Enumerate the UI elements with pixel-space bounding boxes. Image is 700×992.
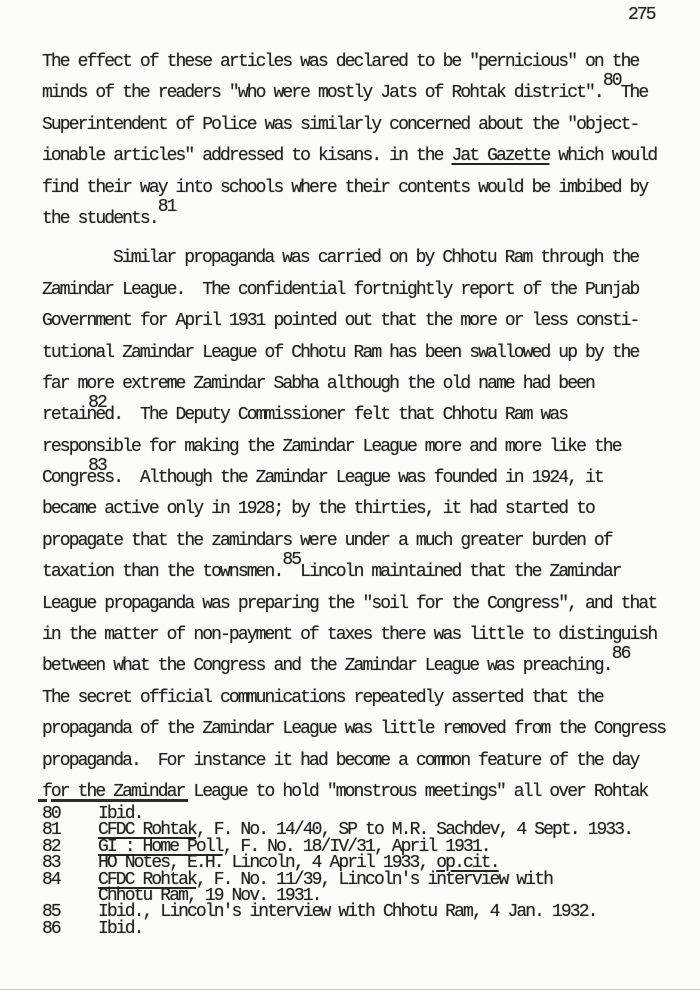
scan-edge-artifact	[0, 989, 700, 990]
text-run: the students.	[42, 209, 158, 229]
text-run: Government for April 1931 pointed out th…	[42, 311, 638, 331]
text-run: retained.	[42, 405, 122, 425]
text-run: far more extreme Zamindar Sabha although…	[42, 374, 594, 394]
text-run: propaganda of the Zamindar League was li…	[42, 719, 665, 739]
footnote-text: Ibid.	[98, 919, 143, 939]
text-run: Ibid., Lincoln's interview with Chhotu R…	[98, 902, 597, 922]
body-line: Congress.83 Although the Zamindar League…	[42, 463, 690, 494]
body-line: responsible for making the Zamindar Leag…	[42, 432, 690, 463]
text-run: League propaganda was preparing the "soi…	[42, 594, 656, 614]
body-line: Government for April 1931 pointed out th…	[42, 306, 690, 337]
text-run: ionable articles" addressed to kisans. i…	[42, 146, 451, 166]
text-run: between what the Congress and the Zamind…	[42, 656, 612, 676]
underlined-text: Jat Gazette	[451, 146, 549, 166]
text-run: in the matter of non-payment of taxes th…	[42, 625, 656, 645]
footnote-row: 86Ibid.	[42, 921, 690, 937]
body-line: retained.82 The Deputy Commissioner felt…	[42, 400, 690, 431]
paragraph: Similar propaganda was carried on by Chh…	[42, 243, 690, 808]
text-run: responsible for making the Zamindar Leag…	[42, 437, 621, 457]
text-run: find their way into schools where their …	[42, 178, 647, 198]
body-line: propagate that the zamindars were under …	[42, 526, 690, 557]
text-run: The effect of these articles was declare…	[42, 52, 638, 72]
body-line: League propaganda was preparing the "soi…	[42, 589, 690, 620]
text-run: propaganda. For instance it had become a…	[42, 751, 638, 771]
paragraph: The effect of these articles was declare…	[42, 47, 690, 235]
footnote-number: 84	[42, 872, 98, 888]
body-line: propaganda. For instance it had become a…	[42, 746, 690, 777]
body-line: ionable articles" addressed to kisans. i…	[42, 141, 690, 172]
body-line: taxation than the townsmen.85 Lincoln ma…	[42, 557, 690, 588]
body-line: The secret official communications repea…	[42, 683, 690, 714]
text-run: Similar propaganda was carried on by Chh…	[113, 248, 638, 268]
body-line: Zamindar League. The confidential fortni…	[42, 275, 690, 306]
body-text: The effect of these articles was declare…	[42, 47, 690, 808]
text-run: Zamindar League. The confidential fortni…	[42, 280, 638, 300]
text-run: Although the Zamindar League was founded…	[122, 468, 603, 488]
body-line: in the matter of non-payment of taxes th…	[42, 620, 690, 651]
text-run: The Deputy Commissioner felt that Chhotu…	[122, 405, 567, 425]
footnote-separator-rule	[38, 799, 188, 802]
body-line: Superintendent of Police was similarly c…	[42, 110, 690, 141]
text-run: The secret official communications repea…	[42, 688, 603, 708]
text-run: taxation than the townsmen.	[42, 562, 282, 582]
footnote-number: 86	[42, 921, 98, 937]
body-line: Similar propaganda was carried on by Chh…	[42, 243, 690, 274]
text-run: minds of the readers "who were mostly Ja…	[42, 83, 603, 103]
text-run: Lincoln maintained that the Zamindar	[282, 562, 620, 582]
text-run: Ibid.	[98, 919, 143, 939]
body-line: tutional Zamindar League of Chhotu Ram h…	[42, 338, 690, 369]
text-run: tutional Zamindar League of Chhotu Ram h…	[42, 343, 638, 363]
document-page: 275 The effect of these articles was dec…	[0, 0, 700, 992]
text-run: Superintendent of Police was similarly c…	[42, 115, 638, 135]
body-line: far more extreme Zamindar Sabha although…	[42, 369, 690, 400]
body-line: find their way into schools where their …	[42, 173, 690, 204]
text-run: Congress.	[42, 468, 122, 488]
footnotes-section: 80Ibid.81CFDC Rohtak, F. No. 14/40, SP t…	[42, 806, 690, 937]
text-run: propagate that the zamindars were under …	[42, 531, 612, 551]
footnote-text: Ibid., Lincoln's interview with Chhotu R…	[98, 902, 597, 922]
text-run: became active only in 1928; by the thirt…	[42, 499, 594, 519]
body-line: the students.81	[42, 204, 690, 235]
body-line: propaganda of the Zamindar League was li…	[42, 714, 690, 745]
text-run: which would	[549, 146, 656, 166]
page-number: 275	[628, 5, 655, 25]
body-line: became active only in 1928; by the thirt…	[42, 494, 690, 525]
body-line: The effect of these articles was declare…	[42, 47, 690, 78]
body-line: between what the Congress and the Zamind…	[42, 651, 690, 682]
body-line: minds of the readers "who were mostly Ja…	[42, 78, 690, 109]
